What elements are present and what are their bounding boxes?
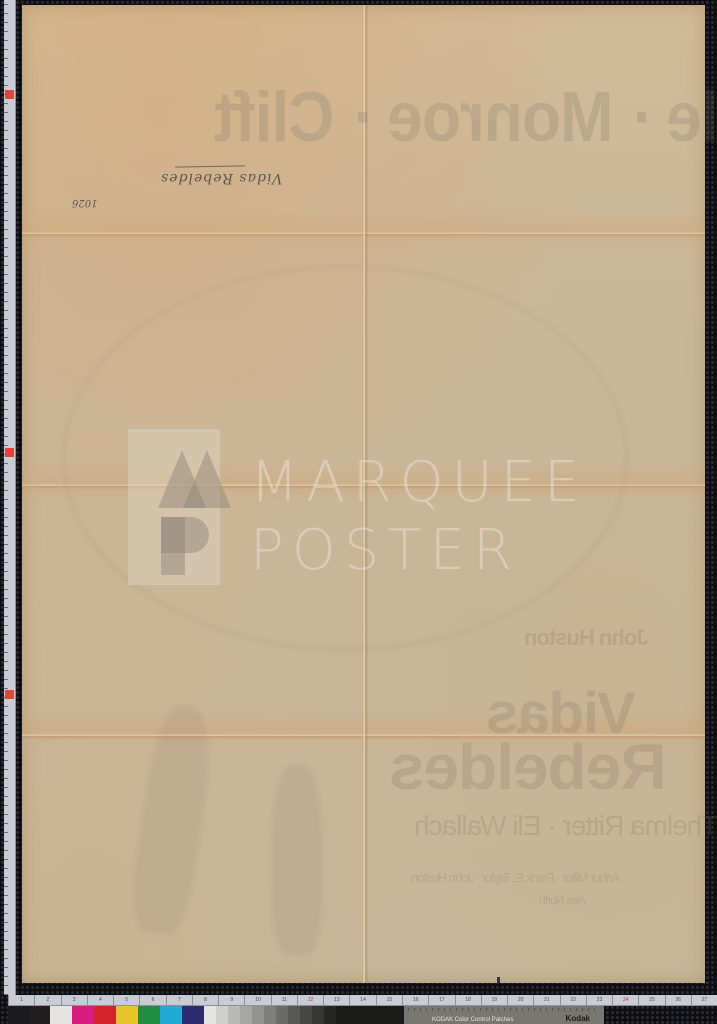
ruler-tick [4, 616, 8, 617]
ruler-number: 14 [349, 995, 375, 1005]
color-patch [72, 1006, 94, 1024]
ruler-tick [4, 490, 8, 491]
ruler-tick [4, 310, 8, 311]
kodak-label: KODAK Color Control Patches [432, 1017, 513, 1023]
ruler-tick [4, 868, 8, 869]
ruler-number: 10 [244, 995, 270, 1005]
ruler-tick [4, 76, 8, 77]
ruler-tick [4, 427, 8, 428]
ruler-number: 1 [8, 995, 34, 1005]
ruler-tick [4, 418, 8, 419]
ruler-tick [4, 886, 8, 887]
ruler-tick [4, 589, 8, 590]
show-through-credits: Arthur Miller · Frank E. Taylor · John H… [412, 870, 620, 885]
ruler-tick [4, 634, 8, 635]
ruler-tick [4, 796, 8, 797]
ruler-tick [4, 895, 8, 896]
ruler-number: 6 [139, 995, 165, 1005]
ruler-tick [4, 148, 8, 149]
ruler-tick [4, 40, 8, 41]
ruler-tick [4, 4, 8, 5]
ruler-tick [4, 103, 8, 104]
ruler-tick [4, 301, 8, 302]
ruler-tick [4, 508, 8, 509]
ruler-tick [4, 751, 8, 752]
ruler-tick [4, 679, 8, 680]
color-patch [228, 1006, 240, 1024]
ruler-tick [4, 139, 8, 140]
ruler-tick [4, 373, 8, 374]
ruler-number: 26 [665, 995, 691, 1005]
color-patch [300, 1006, 312, 1024]
ruler-number: 12 [297, 995, 323, 1005]
ruler-tick [4, 472, 8, 473]
ruler-tick [4, 823, 8, 824]
ruler-tick [4, 193, 8, 194]
color-patch [216, 1006, 228, 1024]
ruler-tick [4, 355, 8, 356]
ruler-tick [4, 436, 8, 437]
ruler-tick [4, 526, 8, 527]
color-patch [50, 1006, 72, 1024]
color-patch [94, 1006, 116, 1024]
ruler-number: 2 [34, 995, 60, 1005]
ruler-tick [4, 580, 8, 581]
ruler-tick [4, 292, 8, 293]
ruler-number: 15 [376, 995, 402, 1005]
ruler-tick [4, 841, 8, 842]
left-measuring-ruler [4, 0, 16, 995]
ruler-tick [4, 499, 8, 500]
ruler-tick [4, 949, 8, 950]
ruler-number: 4 [87, 995, 113, 1005]
ruler-tick [4, 625, 8, 626]
ruler-tick [4, 481, 8, 482]
ruler-tick [4, 652, 8, 653]
show-through-cast-header: Gable · Monroe · Clift [215, 76, 717, 157]
kodak-scale [408, 1008, 600, 1011]
ruler-tick [4, 346, 8, 347]
paper-tear [497, 977, 500, 983]
watermark-text-line1: MARQUEE [250, 450, 587, 515]
ruler-tick [4, 49, 8, 50]
ruler-tick [4, 688, 8, 689]
ruler-number: 27 [691, 995, 717, 1005]
color-patch [276, 1006, 288, 1024]
color-patch [116, 1006, 138, 1024]
ruler-tick [4, 913, 8, 914]
ruler-tick [4, 805, 8, 806]
ruler-number: 9 [218, 995, 244, 1005]
ruler-tick [4, 112, 8, 113]
ruler-tick [4, 733, 8, 734]
ruler-tick [4, 328, 8, 329]
ruler-tick [4, 58, 8, 59]
ruler-tick [4, 283, 8, 284]
ruler-tick [4, 400, 8, 401]
kodak-brand: Kodak [566, 1014, 590, 1023]
color-patch [264, 1006, 276, 1024]
ruler-tick [4, 670, 8, 671]
ruler-tick [4, 832, 8, 833]
ruler-number: 18 [455, 995, 481, 1005]
ruler-tick [4, 121, 8, 122]
ruler-tick [4, 463, 8, 464]
ruler-tick [4, 742, 8, 743]
ruler-number: 21 [533, 995, 559, 1005]
ruler-tick [4, 877, 8, 878]
ruler-tick [4, 211, 8, 212]
ruler-tick [4, 337, 8, 338]
ruler-tick [4, 904, 8, 905]
ruler-tick [4, 778, 8, 779]
ruler-tick [4, 787, 8, 788]
show-through-title-line2: Rebeldes [390, 730, 667, 804]
color-control-strip [8, 1006, 717, 1024]
color-patch [288, 1006, 300, 1024]
ruler-tick [4, 922, 8, 923]
show-through-cast-secondary: Thelma Ritter · Eli Wallach [415, 810, 717, 842]
ruler-number: 8 [192, 995, 218, 1005]
ruler-tick [4, 544, 8, 545]
ruler-tick [4, 31, 8, 32]
color-patch [30, 1006, 50, 1024]
ruler-tick [4, 409, 8, 410]
ruler-tick [4, 760, 8, 761]
color-patch [312, 1006, 324, 1024]
ruler-number: 11 [271, 995, 297, 1005]
ruler-number: 25 [638, 995, 664, 1005]
ruler-tick [4, 220, 8, 221]
ruler-tick [4, 382, 8, 383]
show-through-figure-man [272, 765, 322, 955]
ruler-number: 17 [428, 995, 454, 1005]
ruler-tick [4, 256, 8, 257]
ruler-number: 13 [323, 995, 349, 1005]
ruler-tick [4, 769, 8, 770]
color-patch [160, 1006, 182, 1024]
ruler-tick [4, 175, 8, 176]
color-patch [204, 1006, 216, 1024]
ruler-tick [4, 706, 8, 707]
color-patch [324, 1006, 336, 1024]
ruler-tick [4, 958, 8, 959]
ruler-tick [4, 391, 8, 392]
watermark-text-line2: POSTER [250, 518, 520, 583]
ruler-tick [4, 967, 8, 968]
ruler-tick [4, 319, 8, 320]
ruler-number: 20 [507, 995, 533, 1005]
watermark-p-icon [161, 517, 209, 553]
ruler-tick [4, 940, 8, 941]
watermark-mountain-icon [183, 450, 231, 508]
ruler-number: 23 [586, 995, 612, 1005]
ruler-number: 24 [612, 995, 638, 1005]
ruler-tick [4, 247, 8, 248]
ruler-tick [4, 607, 8, 608]
ruler-tick [4, 166, 8, 167]
ruler-red-mark [5, 690, 14, 699]
ruler-tick [4, 130, 8, 131]
bottom-measuring-ruler: 1234567891011121314151617181920212223242… [8, 995, 717, 1006]
ruler-tick [4, 364, 8, 365]
ruler-tick [4, 265, 8, 266]
color-patch [138, 1006, 160, 1024]
show-through-credits-music: Alex North [540, 893, 586, 907]
ruler-number: 22 [560, 995, 586, 1005]
ruler-tick [4, 22, 8, 23]
ruler-tick [4, 724, 8, 725]
ruler-tick [4, 67, 8, 68]
ruler-tick [4, 238, 8, 239]
ruler-tick [4, 445, 8, 446]
ruler-red-mark [5, 448, 14, 457]
ruler-number: 3 [61, 995, 87, 1005]
ruler-tick [4, 229, 8, 230]
ruler-tick [4, 985, 8, 986]
ruler-tick [4, 517, 8, 518]
ruler-tick [4, 553, 8, 554]
ruler-tick [4, 85, 8, 86]
ruler-tick [4, 931, 8, 932]
color-patch [8, 1006, 30, 1024]
ruler-tick [4, 850, 8, 851]
ruler-red-mark [5, 90, 14, 99]
handwritten-number: 1026 [72, 197, 97, 208]
color-patch [182, 1006, 204, 1024]
ruler-tick [4, 184, 8, 185]
ruler-tick [4, 157, 8, 158]
ruler-number: 16 [402, 995, 428, 1005]
ruler-number: 5 [113, 995, 139, 1005]
ruler-tick [4, 13, 8, 14]
ruler-tick [4, 976, 8, 977]
ruler-tick [4, 643, 8, 644]
color-patch [252, 1006, 264, 1024]
color-patch [240, 1006, 252, 1024]
ruler-tick [4, 202, 8, 203]
ruler-number: 7 [166, 995, 192, 1005]
show-through-director: John Huston [525, 625, 648, 651]
ruler-tick [4, 859, 8, 860]
ruler-tick [4, 661, 8, 662]
ruler-tick [4, 535, 8, 536]
ruler-number: 19 [481, 995, 507, 1005]
ruler-tick [4, 598, 8, 599]
ruler-tick [4, 274, 8, 275]
ruler-tick [4, 715, 8, 716]
ruler-tick [4, 571, 8, 572]
ruler-tick [4, 562, 8, 563]
ruler-tick [4, 814, 8, 815]
handwritten-title: Vidas Rebeldes [160, 170, 282, 186]
kodak-color-card: KODAK Color Control Patches Kodak [404, 1006, 604, 1024]
